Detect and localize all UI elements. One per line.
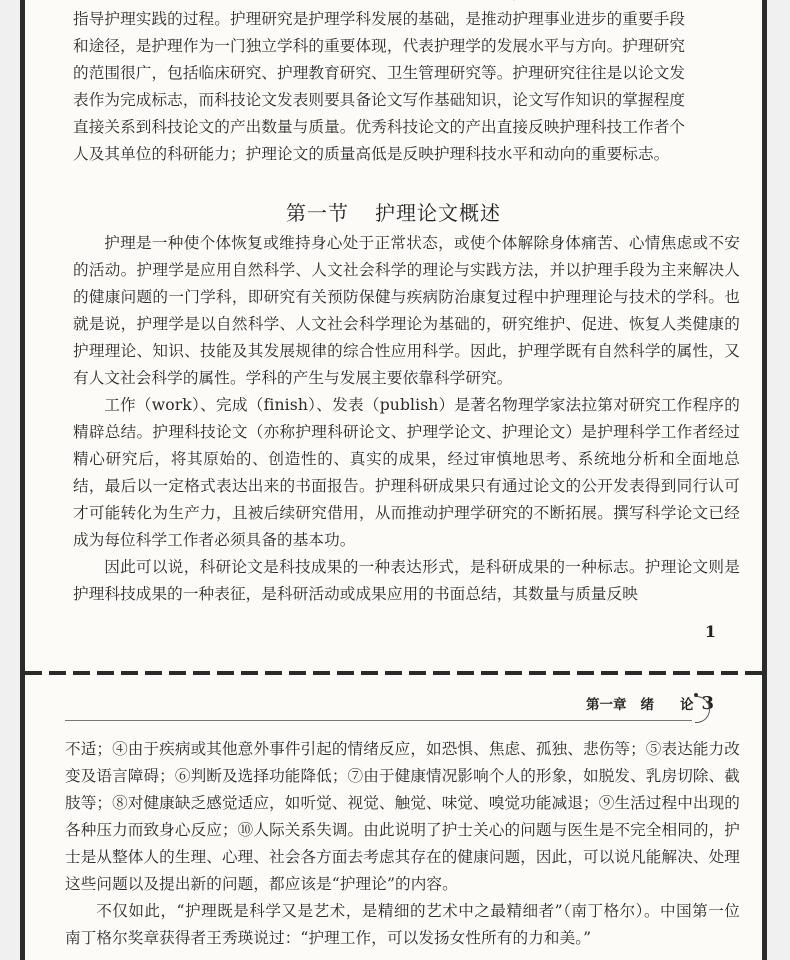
- document-frame: 学研究是用科学的方法反复地探索、回答和解决护理领域的问题，从而直接或间接地 指导…: [20, 0, 767, 960]
- paragraph: 不仅如此，“护理既是科学又是艺术，是精细的艺术中之最精细者”（南丁格尔）。中国第…: [65, 898, 740, 952]
- page-3: 第一章绪论 3 不适；④由于疾病或其他意外事件引起的情绪反应，如恐惧、焦虑、孤独…: [25, 676, 762, 960]
- chapter-title-1: 绪: [640, 697, 654, 713]
- intro-line: 指导护理实践的过程。护理研究是护理学科发展的基础，是推动护理事业进步的重要手段: [73, 6, 740, 33]
- paragraph: 因此可以说，科研论文是科技成果的一种表达形式，是科研成果的一种标志。护理论文则是…: [73, 554, 740, 608]
- section-heading: 护理论文概述: [375, 201, 501, 225]
- paragraph: 工作（work）、完成（finish）、发表（publish）是著名物理学家法拉…: [73, 392, 740, 554]
- page-number: 1: [705, 622, 716, 641]
- paragraph: 不适；④由于疾病或其他意外事件引起的情绪反应，如恐惧、焦虑、孤独、悲伤等；⑤表达…: [65, 736, 740, 898]
- header-dot-icon: [694, 693, 698, 697]
- page-1: 学研究是用科学的方法反复地探索、回答和解决护理领域的问题，从而直接或间接地 指导…: [25, 0, 762, 672]
- page-3-body: 不适；④由于疾病或其他意外事件引起的情绪反应，如恐惧、焦虑、孤独、悲伤等；⑤表达…: [65, 736, 740, 952]
- header-rule: [65, 720, 692, 721]
- chapter-number: 第一章: [586, 697, 627, 713]
- chapter-title-2: 论: [680, 697, 694, 713]
- chapter-label: 第一章绪论: [586, 696, 694, 714]
- section-body: 护理是一种使个体恢复或维持身心处于正常状态，或使个体解除身体痛苦、心情焦虑或不安…: [73, 230, 740, 608]
- paragraph: 护理是一种使个体恢复或维持身心处于正常状态，或使个体解除身体痛苦、心情焦虑或不安…: [73, 230, 740, 392]
- intro-line: 人及其单位的科研能力；护理论文的质量高低是反映护理科技水平和动向的重要标志。: [73, 141, 740, 168]
- intro-line: 和途径，是护理作为一门独立学科的重要体现，代表护理学的发展水平与方向。护理研究: [73, 33, 740, 60]
- section-title: 第一节护理论文概述: [25, 197, 762, 226]
- intro-paragraph: 学研究是用科学的方法反复地探索、回答和解决护理领域的问题，从而直接或间接地 指导…: [73, 0, 740, 168]
- section-number: 第一节: [286, 201, 349, 225]
- intro-line: 直接关系到科技论文的产出数量与质量。优秀科技论文的产出直接反映护理科技工作者个: [73, 114, 740, 141]
- intro-line: 的范围很广，包括临床研究、护理教育研究、卫生管理研究等。护理研究往往是以论文发: [73, 60, 740, 87]
- page-separator-dashed: [25, 671, 762, 675]
- intro-line: 表作为完成标志，而科技论文发表则要具备论文写作基础知识，论文写作知识的掌握程度: [73, 87, 740, 114]
